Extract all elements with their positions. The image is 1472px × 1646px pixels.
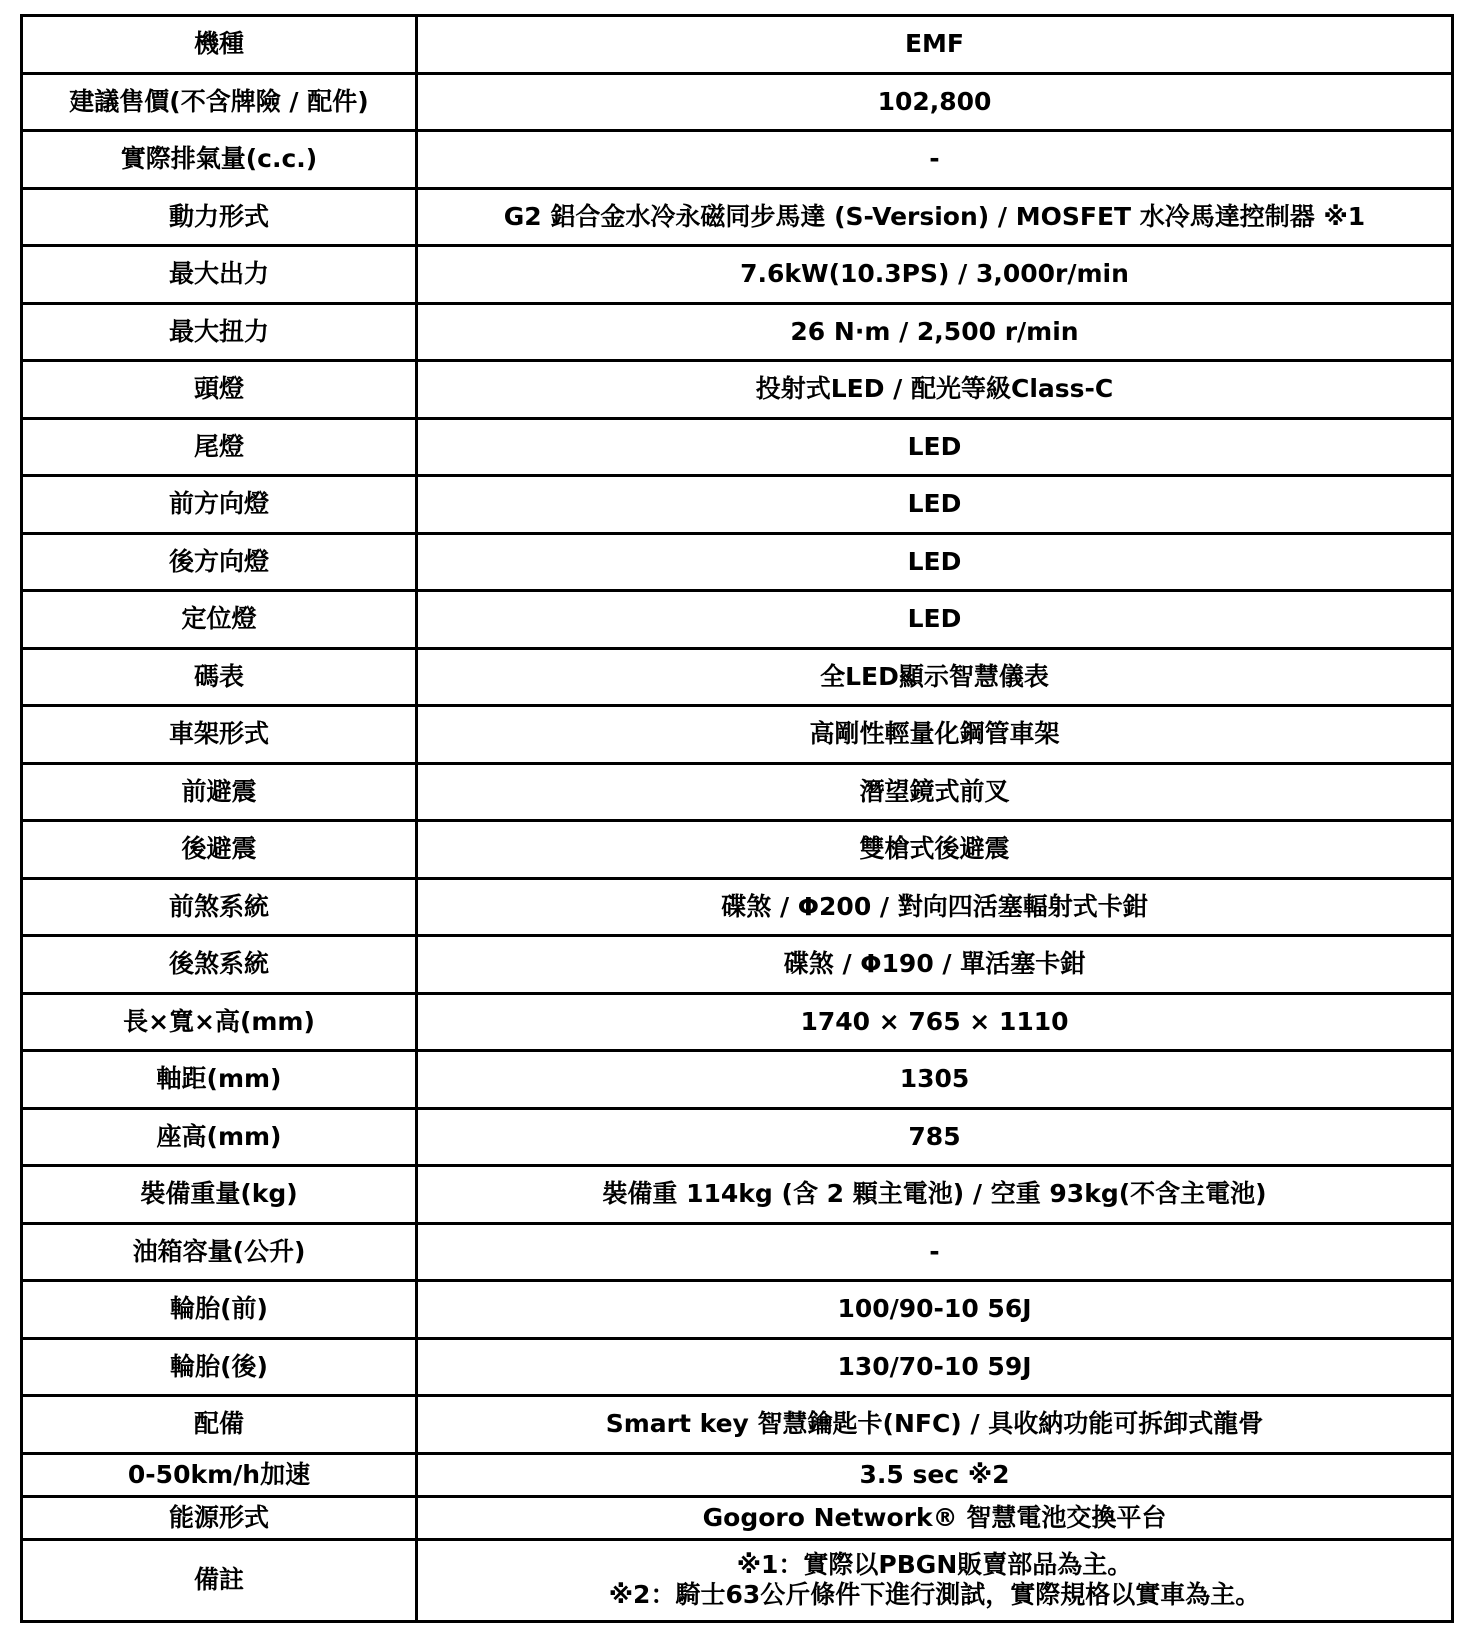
row-value: EMF <box>417 16 1453 74</box>
row-value: 碟煞 / Φ200 / 對向四活塞輻射式卡鉗 <box>417 878 1453 936</box>
spec-row-fuel-capacity: 油箱容量(公升)- <box>22 1223 1453 1281</box>
spec-table-body: 機種EMF 建議售價(不含牌險 / 配件)102,800 實際排氣量(c.c.)… <box>22 16 1453 1622</box>
row-label: 裝備重量(kg) <box>22 1166 417 1224</box>
spec-row-rear-brake: 後煞系統碟煞 / Φ190 / 單活塞卡鉗 <box>22 936 1453 994</box>
row-value: - <box>417 131 1453 189</box>
row-label: 軸距(mm) <box>22 1051 417 1109</box>
row-value: 100/90-10 56J <box>417 1281 1453 1339</box>
spec-row-frame: 車架形式高剛性輕量化鋼管車架 <box>22 706 1453 764</box>
row-value: LED <box>417 418 1453 476</box>
row-value: 裝備重 114kg (含 2 顆主電池) / 空重 93kg(不含主電池) <box>417 1166 1453 1224</box>
spec-row-position-light: 定位燈LED <box>22 591 1453 649</box>
spec-row-model: 機種EMF <box>22 16 1453 74</box>
row-value: 102,800 <box>417 73 1453 131</box>
spec-row-price: 建議售價(不含牌險 / 配件)102,800 <box>22 73 1453 131</box>
spec-row-equipment: 配備Smart key 智慧鑰匙卡(NFC) / 具收納功能可拆卸式龍骨 <box>22 1396 1453 1454</box>
row-value: G2 鋁合金水冷永磁同步馬達 (S-Version) / MOSFET 水冷馬達… <box>417 188 1453 246</box>
spec-row-powertrain: 動力形式G2 鋁合金水冷永磁同步馬達 (S-Version) / MOSFET … <box>22 188 1453 246</box>
spec-row-headlight: 頭燈投射式LED / 配光等級Class-C <box>22 361 1453 419</box>
spec-row-max-torque: 最大扭力26 N·m / 2,500 r/min <box>22 303 1453 361</box>
spec-row-weight: 裝備重量(kg)裝備重 114kg (含 2 顆主電池) / 空重 93kg(不… <box>22 1166 1453 1224</box>
row-label: 後煞系統 <box>22 936 417 994</box>
row-label: 定位燈 <box>22 591 417 649</box>
spec-row-taillight: 尾燈LED <box>22 418 1453 476</box>
row-label: 配備 <box>22 1396 417 1454</box>
row-label: 尾燈 <box>22 418 417 476</box>
row-value: LED <box>417 476 1453 534</box>
row-label: 輪胎(前) <box>22 1281 417 1339</box>
row-label: 動力形式 <box>22 188 417 246</box>
spec-row-acceleration: 0-50km/h加速3.5 sec ※2 <box>22 1453 1453 1496</box>
spec-row-seat-height: 座高(mm)785 <box>22 1108 1453 1166</box>
row-value: Gogoro Network® 智慧電池交換平台 <box>417 1496 1453 1539</box>
row-value: 潛望鏡式前叉 <box>417 763 1453 821</box>
row-value: 全LED顯示智慧儀表 <box>417 648 1453 706</box>
row-value: 1740 × 765 × 1110 <box>417 993 1453 1051</box>
row-value: 高剛性輕量化鋼管車架 <box>417 706 1453 764</box>
spec-row-front-tire: 輪胎(前)100/90-10 56J <box>22 1281 1453 1339</box>
remark-line-1: ※1：實際以PBGN販賣部品為主。 <box>418 1550 1451 1580</box>
row-label: 最大出力 <box>22 246 417 304</box>
row-label: 碼表 <box>22 648 417 706</box>
row-value: LED <box>417 591 1453 649</box>
row-label: 最大扭力 <box>22 303 417 361</box>
spec-row-front-turn-signal: 前方向燈LED <box>22 476 1453 534</box>
spec-row-displacement: 實際排氣量(c.c.)- <box>22 131 1453 189</box>
spec-row-meter: 碼表全LED顯示智慧儀表 <box>22 648 1453 706</box>
row-value: 7.6kW(10.3PS) / 3,000r/min <box>417 246 1453 304</box>
spec-row-wheelbase: 軸距(mm)1305 <box>22 1051 1453 1109</box>
row-value: LED <box>417 533 1453 591</box>
row-value: 130/70-10 59J <box>417 1338 1453 1396</box>
row-label: 油箱容量(公升) <box>22 1223 417 1281</box>
spec-row-front-suspension: 前避震潛望鏡式前叉 <box>22 763 1453 821</box>
spec-row-max-power: 最大出力7.6kW(10.3PS) / 3,000r/min <box>22 246 1453 304</box>
spec-row-rear-tire: 輪胎(後)130/70-10 59J <box>22 1338 1453 1396</box>
row-value: 投射式LED / 配光等級Class-C <box>417 361 1453 419</box>
row-label: 前煞系統 <box>22 878 417 936</box>
spec-row-front-brake: 前煞系統碟煞 / Φ200 / 對向四活塞輻射式卡鉗 <box>22 878 1453 936</box>
row-label: 頭燈 <box>22 361 417 419</box>
spec-table: 機種EMF 建議售價(不含牌險 / 配件)102,800 實際排氣量(c.c.)… <box>20 14 1454 1623</box>
row-label: 0-50km/h加速 <box>22 1453 417 1496</box>
row-label: 輪胎(後) <box>22 1338 417 1396</box>
spec-row-remarks: 備註 ※1：實際以PBGN販賣部品為主。 ※2：騎士63公斤條件下進行測試，實際… <box>22 1539 1453 1621</box>
row-value: 碟煞 / Φ190 / 單活塞卡鉗 <box>417 936 1453 994</box>
row-value: Smart key 智慧鑰匙卡(NFC) / 具收納功能可拆卸式龍骨 <box>417 1396 1453 1454</box>
row-value: 1305 <box>417 1051 1453 1109</box>
row-label: 後方向燈 <box>22 533 417 591</box>
row-value: 785 <box>417 1108 1453 1166</box>
row-label: 前方向燈 <box>22 476 417 534</box>
row-label: 長×寬×高(mm) <box>22 993 417 1051</box>
row-label: 實際排氣量(c.c.) <box>22 131 417 189</box>
row-label: 後避震 <box>22 821 417 879</box>
remarks-value: ※1：實際以PBGN販賣部品為主。 ※2：騎士63公斤條件下進行測試，實際規格以… <box>417 1539 1453 1621</box>
row-label: 座高(mm) <box>22 1108 417 1166</box>
row-value: 26 N·m / 2,500 r/min <box>417 303 1453 361</box>
row-label: 備註 <box>22 1539 417 1621</box>
row-value: 雙槍式後避震 <box>417 821 1453 879</box>
spec-row-rear-turn-signal: 後方向燈LED <box>22 533 1453 591</box>
row-value: 3.5 sec ※2 <box>417 1453 1453 1496</box>
row-label: 前避震 <box>22 763 417 821</box>
remark-line-2: ※2：騎士63公斤條件下進行測試，實際規格以實車為主。 <box>418 1580 1451 1610</box>
row-label: 建議售價(不含牌險 / 配件) <box>22 73 417 131</box>
spec-row-dimensions: 長×寬×高(mm)1740 × 765 × 1110 <box>22 993 1453 1051</box>
spec-row-energy: 能源形式Gogoro Network® 智慧電池交換平台 <box>22 1496 1453 1539</box>
spec-row-rear-suspension: 後避震雙槍式後避震 <box>22 821 1453 879</box>
row-label: 能源形式 <box>22 1496 417 1539</box>
row-label: 車架形式 <box>22 706 417 764</box>
row-value: - <box>417 1223 1453 1281</box>
row-label: 機種 <box>22 16 417 74</box>
